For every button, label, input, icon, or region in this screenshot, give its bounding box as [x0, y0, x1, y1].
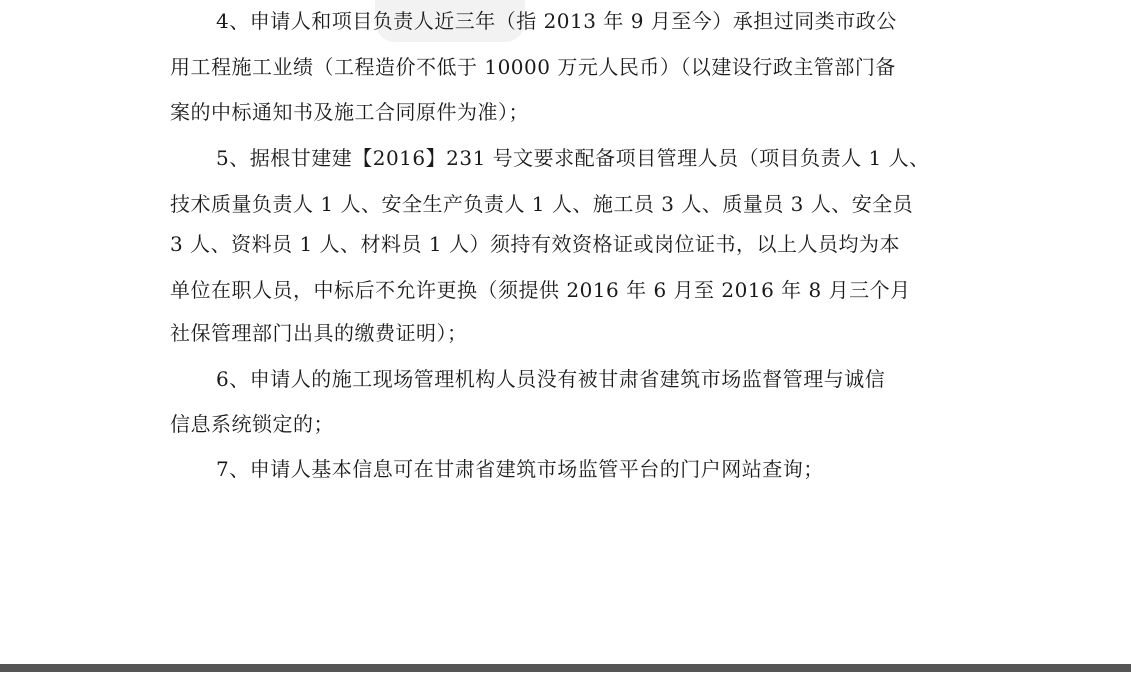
paragraph-line: 5、据根甘建建【2016】231 号文要求配备项目管理人员（项目负责人 1 人、: [216, 143, 930, 173]
paragraph-line: 社保管理部门出具的缴费证明）；: [170, 318, 468, 348]
document-page: 4、申请人和项目负责人近三年（指 2013 年 9 月至今）承担过同类市政公 用…: [0, 0, 1131, 683]
paragraph-line: 用工程施工业绩（工程造价不低于 10000 万元人民币）（以建设行政主管部门备: [170, 52, 896, 82]
paragraph-line: 单位在职人员，中标后不允许更换（须提供 2016 年 6 月至 2016 年 8…: [170, 275, 911, 305]
paragraph-line: 6、申请人的施工现场管理机构人员没有被甘肃省建筑市场监督管理与诚信: [216, 364, 885, 394]
paragraph-line: 7、申请人基本信息可在甘肃省建筑市场监管平台的门户网站查询；: [216, 454, 824, 484]
paragraph-line: 信息系统锁定的；: [170, 409, 334, 439]
paragraph-line: 3 人、资料员 1 人、材料员 1 人）须持有效资格证或岗位证书，以上人员均为本: [170, 229, 900, 259]
paragraph-line: 技术质量负责人 1 人、安全生产负责人 1 人、施工员 3 人、质量员 3 人、…: [170, 189, 913, 219]
paragraph-line: 4、申请人和项目负责人近三年（指 2013 年 9 月至今）承担过同类市政公: [216, 6, 897, 36]
page-separator-bar: [0, 664, 1131, 672]
paragraph-line: 案的中标通知书及施工合同原件为准）；: [170, 97, 529, 127]
